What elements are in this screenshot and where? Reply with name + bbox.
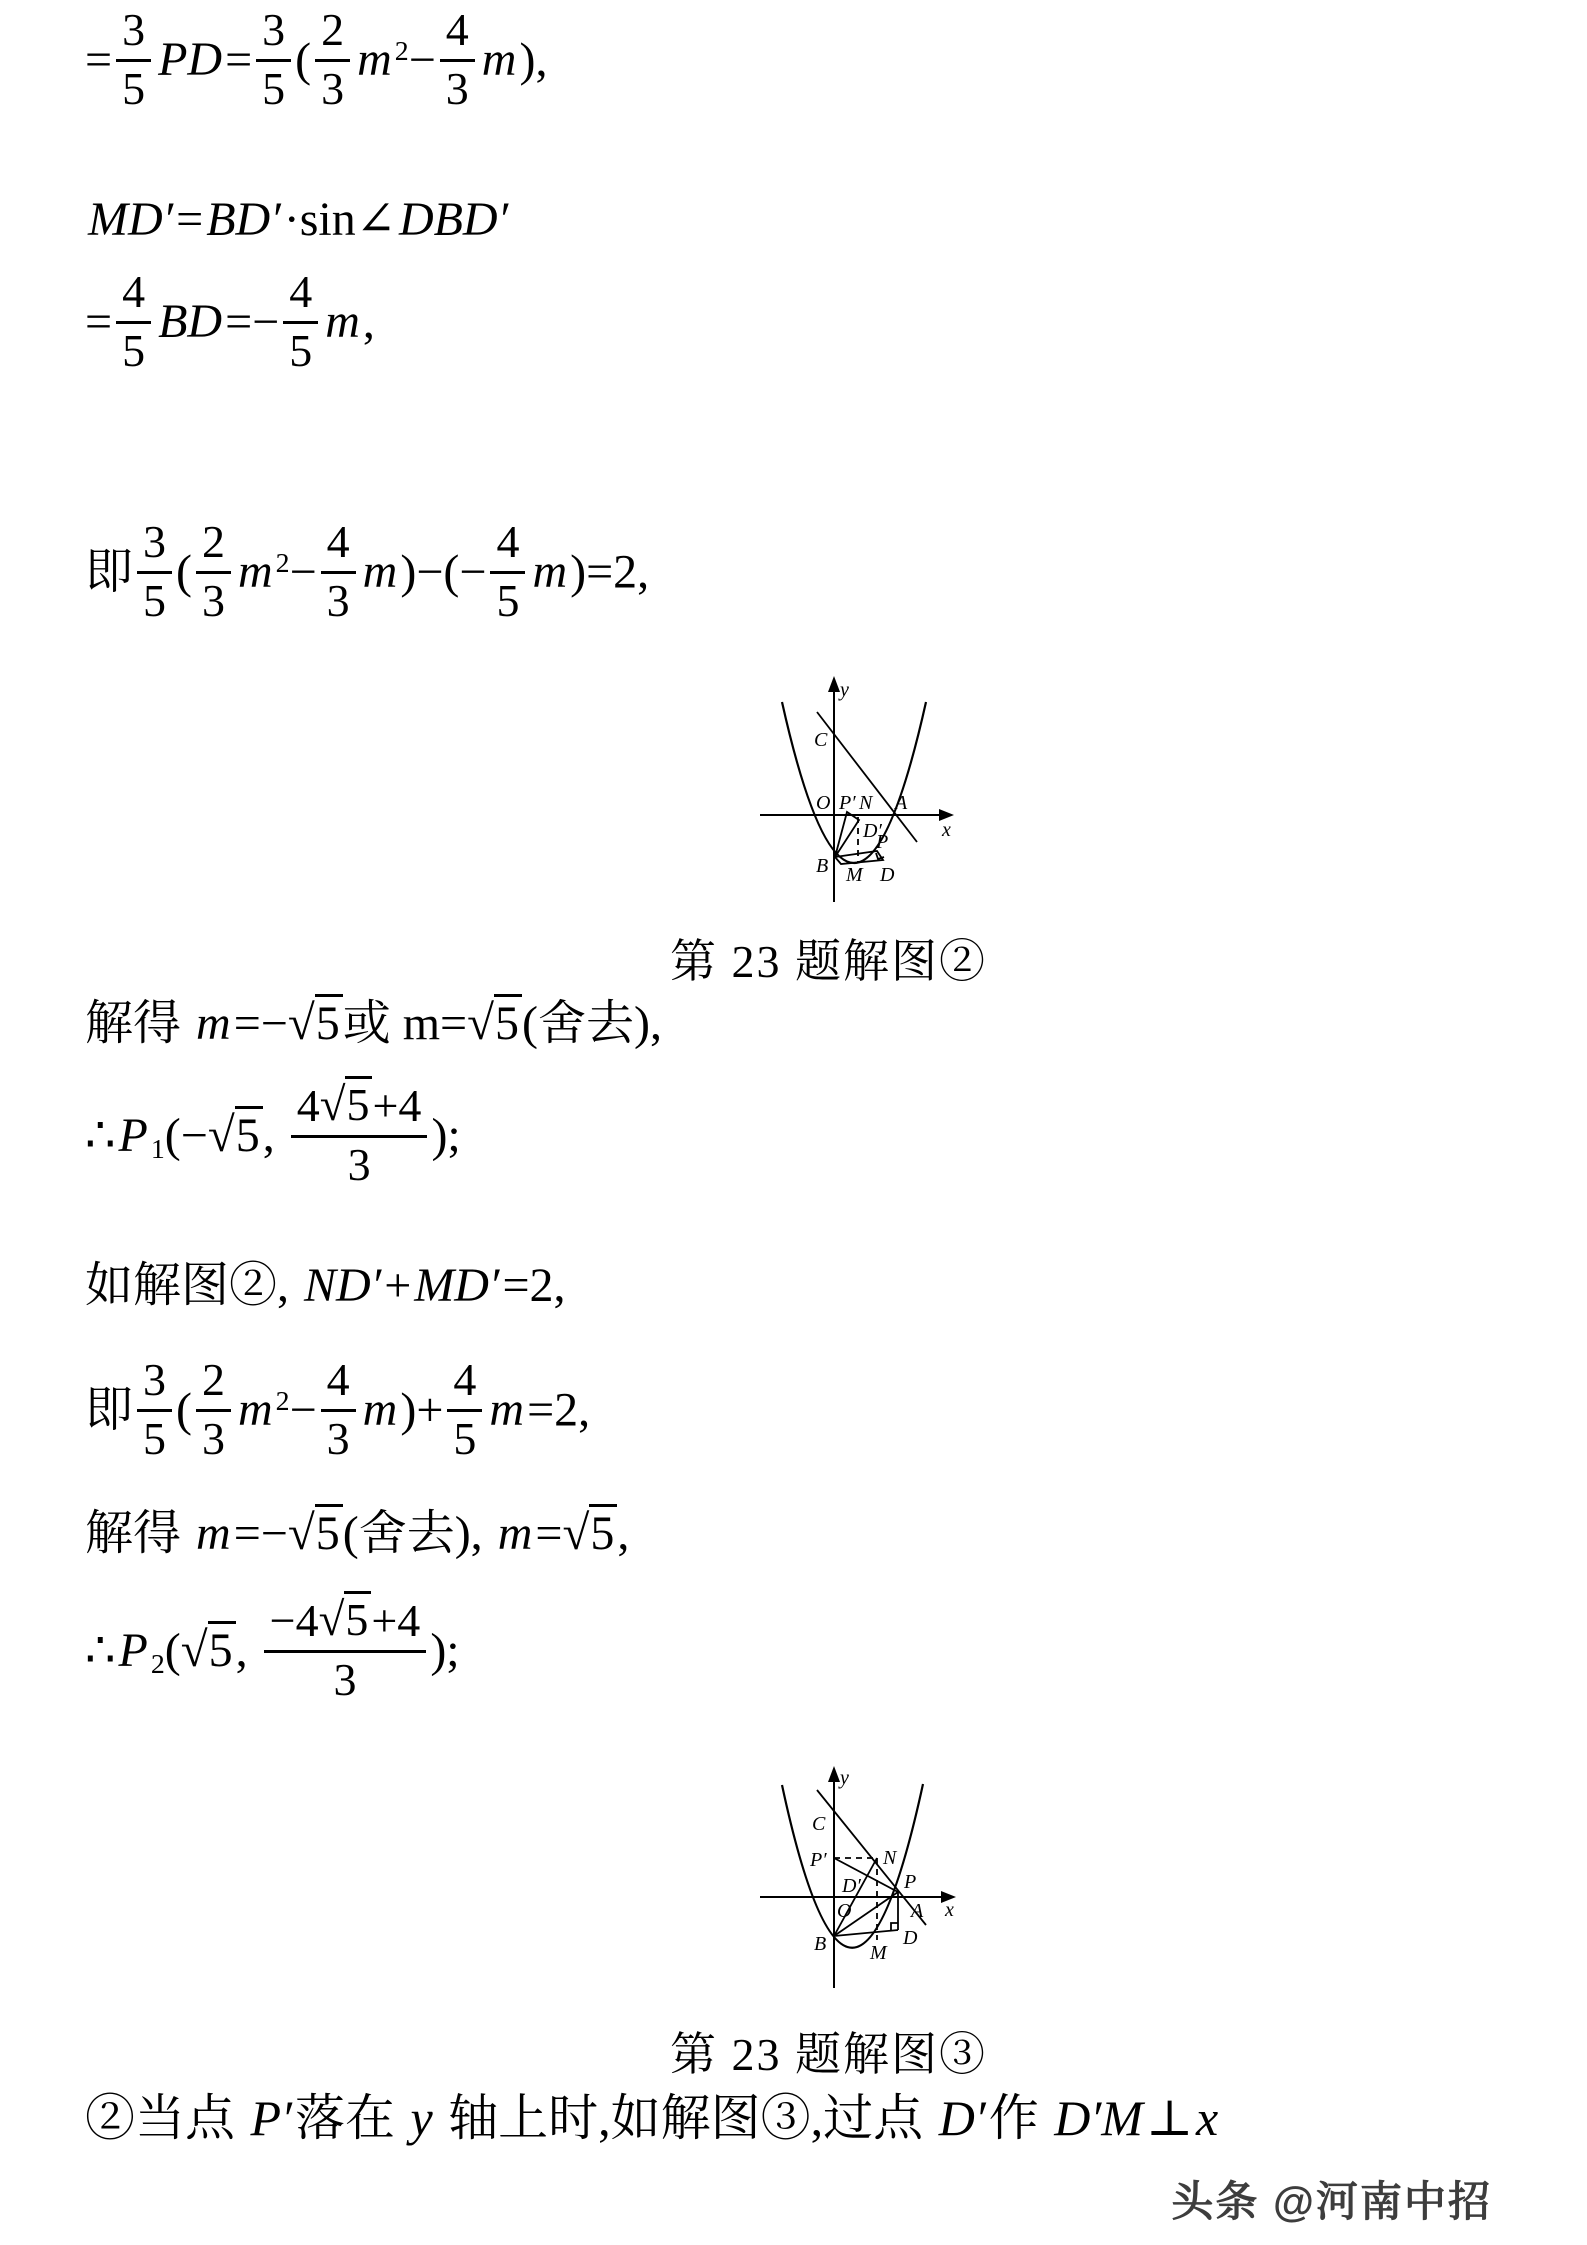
- figure-caption-3: 第 23 题解图③: [0, 2018, 1587, 2084]
- triangle-BPD: [835, 812, 859, 857]
- math-txt: (: [295, 33, 311, 86]
- math-txt: 4: [297, 1083, 320, 1130]
- label-A: A: [893, 792, 908, 814]
- math-frac: 23: [196, 1354, 231, 1463]
- math-frac: 45: [283, 266, 318, 375]
- math-var: P: [116, 1109, 151, 1162]
- math-txt: 轴上时,如解图③,过点: [436, 2090, 936, 2146]
- math-txt: (−: [165, 1109, 208, 1162]
- math-txt: 3: [321, 66, 344, 113]
- figure-solution-3: y x C P′ N D′ P O A B D M: [730, 1740, 1020, 2010]
- math-txt: 2: [202, 1357, 225, 1404]
- formula-line-4: 即35(23m2−43m)−(−45m)=2,: [85, 522, 649, 631]
- math-sqrt: √5: [562, 1507, 617, 1560]
- fraction-numerator: 2: [196, 516, 231, 574]
- math-txt: (: [176, 545, 192, 598]
- label-B: B: [814, 1933, 826, 1955]
- math-txt: ∴: [85, 1624, 116, 1677]
- radicand: 5: [589, 1504, 617, 1560]
- math-txt: (舍去),: [522, 997, 662, 1050]
- label-A: A: [909, 1900, 924, 1922]
- math-sub: 1: [151, 1134, 165, 1165]
- radical-sign: √: [320, 1079, 346, 1131]
- fraction-denominator: 3: [327, 1653, 362, 1704]
- math-frac: −4√5+43: [264, 1594, 427, 1704]
- math-sub: 2: [151, 1649, 165, 1680]
- label-x: x: [944, 1899, 954, 1921]
- math-var: P′: [248, 2090, 295, 2146]
- math-frac: 43: [440, 4, 475, 113]
- fraction-numerator: 3: [137, 1354, 172, 1412]
- fraction-denominator: 5: [137, 1412, 172, 1463]
- formula-line-2: MD′=BD′·sin∠DBD′: [85, 192, 511, 247]
- fraction-numerator: 4: [440, 4, 475, 62]
- math-txt: (: [165, 1624, 181, 1677]
- fraction-denominator: 5: [137, 574, 172, 625]
- fraction-numerator: 3: [137, 516, 172, 574]
- math-var: P: [116, 1624, 151, 1677]
- y-axis-arrow-icon: [828, 676, 840, 692]
- math-txt: 3: [348, 1142, 371, 1189]
- radical-sign: √: [562, 1505, 589, 1560]
- math-txt: 4: [122, 269, 145, 316]
- math-txt: 2: [202, 519, 225, 566]
- math-var: m: [354, 33, 395, 86]
- math-frac: 43: [321, 1354, 356, 1463]
- label-B: B: [816, 855, 828, 877]
- math-txt: =: [535, 1507, 562, 1560]
- segment-BD: [834, 1930, 898, 1936]
- label-P-prime: P′: [838, 792, 856, 814]
- fraction-numerator: 3: [116, 4, 151, 62]
- fraction-denominator: 5: [447, 1412, 482, 1463]
- math-txt: =: [85, 295, 112, 348]
- math-sqrt: √5: [181, 1624, 236, 1677]
- math-frac: 4√5+43: [291, 1079, 428, 1189]
- math-var: m: [193, 997, 234, 1050]
- radicand: 5: [235, 1106, 263, 1162]
- math-sqrt: √5: [319, 1597, 372, 1645]
- formula-line-11: ②当点 P′落在 y 轴上时,如解图③,过点 D′作 D′M⊥x: [85, 2090, 1221, 2148]
- formula-line-6: ∴P1(−√5, 4√5+43);: [85, 1085, 461, 1195]
- math-var: m: [529, 545, 570, 598]
- label-O: O: [837, 1900, 851, 1922]
- label-y: y: [838, 679, 849, 701]
- label-P: P: [903, 1871, 916, 1893]
- math-var: m: [360, 1383, 401, 1436]
- math-sup: 2: [276, 1386, 290, 1417]
- math-txt: 4: [496, 519, 519, 566]
- label-M: M: [845, 864, 864, 886]
- math-txt: ),: [519, 33, 547, 86]
- math-sqrt: √5: [467, 997, 522, 1050]
- math-txt: −: [409, 33, 436, 86]
- math-txt: +4: [371, 1598, 420, 1645]
- math-var: m: [235, 1383, 276, 1436]
- math-txt: );: [431, 1109, 460, 1162]
- fraction-denominator: 5: [490, 574, 525, 625]
- math-var: MD′: [85, 193, 176, 246]
- math-txt: )=2,: [570, 545, 649, 598]
- math-frac: 45: [116, 266, 151, 375]
- label-N: N: [858, 792, 874, 814]
- math-txt: −4: [270, 1598, 319, 1645]
- math-txt: ,: [617, 1507, 629, 1560]
- math-var: m: [322, 295, 363, 348]
- math-frac: 35: [137, 1354, 172, 1463]
- radicand: 5: [345, 1076, 372, 1130]
- label-C: C: [812, 1813, 826, 1835]
- math-txt: 3: [333, 1657, 356, 1704]
- math-txt: 5: [143, 578, 166, 625]
- math-txt: 2: [321, 7, 344, 54]
- label-y: y: [838, 1767, 849, 1789]
- math-txt: )−(−: [400, 545, 486, 598]
- math-txt: 5: [122, 328, 145, 375]
- math-frac: 35: [137, 516, 172, 625]
- radicand: 5: [494, 994, 522, 1050]
- label-x: x: [941, 819, 951, 841]
- fraction-numerator: −4√5+4: [264, 1594, 427, 1653]
- math-var: m: [193, 1507, 234, 1560]
- fraction-numerator: 4√5+4: [291, 1079, 428, 1138]
- math-txt: −: [290, 1383, 317, 1436]
- math-txt: =: [85, 33, 112, 86]
- formula-line-7: 如解图②, ND′+MD′=2,: [85, 1258, 566, 1313]
- radicand: 5: [315, 994, 343, 1050]
- figure-solution-2: y x C O P′ N A D′ B M D P: [740, 650, 1010, 915]
- math-txt: 3: [327, 1416, 350, 1463]
- math-sup: 2: [395, 36, 409, 67]
- math-txt: 4: [446, 7, 469, 54]
- label-D: D: [879, 864, 895, 886]
- parabola-curve: [782, 702, 926, 863]
- radical-sign: √: [181, 1622, 208, 1677]
- math-txt: 4: [453, 1357, 476, 1404]
- radical-sign: √: [467, 995, 494, 1050]
- math-txt: 3: [327, 578, 350, 625]
- math-txt: 5: [262, 66, 285, 113]
- math-sqrt: √5: [288, 997, 343, 1050]
- watermark: 头条 @河南中招: [1171, 2169, 1492, 2229]
- math-txt: )+: [400, 1383, 443, 1436]
- math-var: x: [1193, 2090, 1221, 2146]
- math-txt: =2,: [527, 1383, 590, 1436]
- math-sqrt: √5: [288, 1507, 343, 1560]
- math-txt: 4: [289, 269, 312, 316]
- math-sqrt: √5: [208, 1109, 263, 1162]
- fraction-denominator: 3: [315, 62, 350, 113]
- label-O: O: [816, 792, 830, 814]
- fraction-numerator: 4: [447, 1354, 482, 1412]
- math-frac: 43: [321, 516, 356, 625]
- math-txt: −: [290, 545, 317, 598]
- fraction-numerator: 4: [116, 266, 151, 324]
- math-txt: 5: [496, 578, 519, 625]
- math-txt: 3: [143, 519, 166, 566]
- math-txt: 3: [262, 7, 285, 54]
- math-txt: =: [225, 33, 252, 86]
- fraction-numerator: 2: [315, 4, 350, 62]
- fraction-numerator: 4: [321, 1354, 356, 1412]
- fraction-numerator: 4: [283, 266, 318, 324]
- fraction-denominator: 3: [342, 1138, 377, 1189]
- math-sup: 2: [276, 548, 290, 579]
- radicand: 5: [315, 1504, 343, 1560]
- math-txt: 3: [143, 1357, 166, 1404]
- math-frac: 45: [490, 516, 525, 625]
- math-var: PD: [155, 33, 225, 86]
- fraction-denominator: 3: [196, 574, 231, 625]
- math-txt: 4: [327, 1357, 350, 1404]
- math-txt: ,: [363, 295, 375, 348]
- label-P: P: [875, 831, 888, 853]
- fraction-denominator: 5: [116, 324, 151, 375]
- formula-line-10: ∴P2(√5, −4√5+43);: [85, 1600, 460, 1710]
- fraction-numerator: 2: [196, 1354, 231, 1412]
- math-var: D′M: [1051, 2090, 1146, 2146]
- math-txt: ②当点: [85, 2090, 248, 2146]
- y-axis-arrow-icon: [828, 1766, 840, 1782]
- math-sqrt: √5: [320, 1082, 373, 1130]
- figure-caption-2: 第 23 题解图②: [0, 925, 1587, 991]
- math-var: y: [407, 2090, 435, 2146]
- math-txt: 4: [327, 519, 350, 566]
- math-var: m: [495, 1507, 536, 1560]
- radical-sign: √: [319, 1594, 345, 1646]
- label-P-prime: P′: [809, 1849, 827, 1871]
- math-txt: =−: [234, 997, 288, 1050]
- fraction-numerator: 3: [256, 4, 291, 62]
- math-frac: 35: [256, 4, 291, 113]
- math-frac: 35: [116, 4, 151, 113]
- fraction-denominator: 3: [321, 574, 356, 625]
- math-txt: 作: [989, 2090, 1052, 2146]
- label-D-prime: D′: [841, 1875, 861, 1897]
- right-angle-icon: [891, 1923, 898, 1930]
- math-txt: 如解图②,: [85, 1259, 301, 1312]
- fraction-numerator: 4: [321, 516, 356, 574]
- fraction-denominator: 5: [283, 324, 318, 375]
- math-var: BD′: [203, 193, 283, 246]
- math-txt: ,: [236, 1624, 260, 1677]
- math-var: DBD′: [396, 193, 511, 246]
- radical-sign: √: [288, 995, 315, 1050]
- label-D: D: [902, 1927, 918, 1949]
- math-txt: =2,: [502, 1259, 565, 1312]
- math-txt: +: [384, 1259, 411, 1312]
- math-frac: 23: [196, 516, 231, 625]
- fraction-denominator: 5: [116, 62, 151, 113]
- math-txt: ,: [263, 1109, 287, 1162]
- label-N: N: [882, 1847, 898, 1869]
- math-txt: 5: [143, 1416, 166, 1463]
- formula-line-9: 解得 m=−√5(舍去), m=√5,: [85, 1505, 629, 1561]
- formula-line-8: 即35(23m2−43m)+45m=2,: [85, 1360, 590, 1469]
- radical-sign: √: [208, 1107, 235, 1162]
- label-M: M: [869, 1942, 888, 1964]
- math-txt: );: [430, 1624, 459, 1677]
- math-txt: 3: [202, 1416, 225, 1463]
- math-txt: 即: [85, 545, 133, 598]
- math-txt: 5: [289, 328, 312, 375]
- math-txt: 3: [202, 578, 225, 625]
- radicand: 5: [208, 1621, 236, 1677]
- math-var: MD′: [411, 1259, 502, 1312]
- math-var: D′: [936, 2090, 989, 2146]
- fraction-numerator: 4: [490, 516, 525, 574]
- math-txt: 即: [85, 1383, 133, 1436]
- math-txt: (舍去),: [343, 1507, 495, 1560]
- fraction-denominator: 3: [321, 1412, 356, 1463]
- math-var: ND′: [301, 1259, 384, 1312]
- math-txt: ⊥: [1146, 2090, 1193, 2146]
- math-frac: 23: [315, 4, 350, 113]
- math-txt: 解得: [85, 1507, 193, 1560]
- math-txt: 落在: [295, 2090, 408, 2146]
- formula-line-3: =45BD=−45m,: [85, 272, 375, 381]
- math-txt: 解得: [85, 997, 193, 1050]
- math-frac: 45: [447, 1354, 482, 1463]
- math-var: m: [486, 1383, 527, 1436]
- math-txt: +4: [372, 1083, 421, 1130]
- math-txt: ·sin∠: [284, 193, 396, 246]
- formula-line-5: 解得 m=−√5或 m=√5(舍去),: [85, 995, 662, 1051]
- fraction-denominator: 3: [196, 1412, 231, 1463]
- math-var: BD: [155, 295, 225, 348]
- fraction-denominator: 5: [256, 62, 291, 113]
- math-txt: 3: [446, 66, 469, 113]
- math-txt: =−: [225, 295, 279, 348]
- math-txt: 3: [122, 7, 145, 54]
- formula-line-1: =35PD=35(23m2−43m),: [85, 10, 547, 119]
- fraction-denominator: 3: [440, 62, 475, 113]
- math-txt: 5: [122, 66, 145, 113]
- math-txt: 5: [453, 1416, 476, 1463]
- radical-sign: √: [288, 1505, 315, 1560]
- math-var: m: [360, 545, 401, 598]
- label-C: C: [814, 729, 828, 751]
- math-var: m: [479, 33, 520, 86]
- math-txt: =: [176, 193, 203, 246]
- math-txt: ∴: [85, 1109, 116, 1162]
- math-txt: =−: [234, 1507, 288, 1560]
- radicand: 5: [344, 1591, 371, 1645]
- math-var: m: [235, 545, 276, 598]
- math-txt: (: [176, 1383, 192, 1436]
- math-txt: 或 m=: [343, 997, 467, 1050]
- page: =35PD=35(23m2−43m), MD′=BD′·sin∠DBD′ =45…: [0, 0, 1587, 2245]
